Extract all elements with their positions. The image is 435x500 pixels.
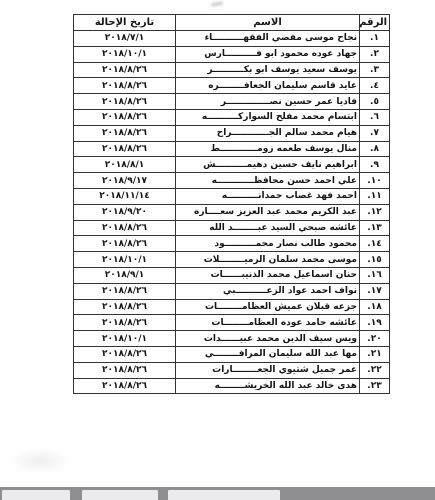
table-row: ١٩. عائشه حامد عوده العظامــــــــات ٢٠١… <box>74 315 390 331</box>
taskbar-button-2[interactable] <box>82 490 158 500</box>
row-date-cell: ٢٠١٨/٨/٢٦ <box>74 125 176 141</box>
row-date-cell: ٢٠١٨/٨/٢٦ <box>74 283 176 299</box>
row-name-cell: ابراهيم نايف حسين دهيمــــــــــش <box>176 157 360 173</box>
row-date-cell: ٢٠١٨/١٠/١ <box>74 46 176 62</box>
table-row: ٨. منال يوسف طعمه زومــــــــــــط ٢٠١٨/… <box>74 141 390 157</box>
row-number-cell: ١٣. <box>360 220 390 236</box>
row-number-cell: ١٢. <box>360 204 390 220</box>
row-number-cell: ٢٠. <box>360 331 390 347</box>
row-date-cell: ٢٠١٨/٨/٢٦ <box>74 94 176 110</box>
row-name-cell: مها عبد الله سليمان المرافــــــــي <box>176 346 360 362</box>
row-date-cell: ٢٠١٨/٨/٢٦ <box>74 78 176 94</box>
table-row: ١. نجاح موسى مفضي الفقهــــــــــاء ٢٠١٨… <box>74 31 390 47</box>
row-number-cell: ٢. <box>360 46 390 62</box>
row-number-cell: ١. <box>360 31 390 47</box>
table-row: ٢١. مها عبد الله سليمان المرافــــــــي … <box>74 346 390 362</box>
row-number-cell: ١١. <box>360 188 390 204</box>
row-date-cell: ٢٠١٨/٨/٢٦ <box>74 378 176 394</box>
row-name-cell: فاديا عمر حسين نصــــــــــــــر <box>176 94 360 110</box>
table-row: ١٥. موسى محمد سلمان الرميــــــــلات ٢٠١… <box>74 252 390 268</box>
row-name-cell: عايد قاسم سليمان الجعافــــــــره <box>176 78 360 94</box>
row-date-cell: ٢٠١٨/٨/٢٦ <box>74 236 176 252</box>
row-date-cell: ٢٠١٨/٩/٢٠ <box>74 204 176 220</box>
row-number-cell: ٣. <box>360 62 390 78</box>
row-date-cell: ٢٠١٨/١١/١٤ <box>74 188 176 204</box>
table-row: ١٨. جزعه قبلان عميش العظامــــــــات ٢٠١… <box>74 299 390 315</box>
row-number-cell: ١٩. <box>360 315 390 331</box>
row-date-cell: ٢٠١٨/٨/٢٦ <box>74 109 176 125</box>
row-date-cell: ٢٠١٨/٨/٢٦ <box>74 315 176 331</box>
row-number-cell: ١٤. <box>360 236 390 252</box>
row-number-cell: ١٦. <box>360 267 390 283</box>
table-row: ١٢. عبد الكريم محمد عبد العزيز سعــــاره… <box>74 204 390 220</box>
row-name-cell: نجاح موسى مفضي الفقهــــــــــاء <box>176 31 360 47</box>
row-number-cell: ١٠. <box>360 173 390 189</box>
row-number-cell: ٤. <box>360 78 390 94</box>
table-row: ١٦. حنان اسماعيل محمد الذنيبــــــات ٢٠١… <box>74 267 390 283</box>
table-row: ١٤. محمود طالب نصار محمــــــــــود ٢٠١٨… <box>74 236 390 252</box>
row-name-cell: عائشه حامد عوده العظامــــــــات <box>176 315 360 331</box>
row-name-cell: علي احمد حسن محافظــــــــــــه <box>176 173 360 189</box>
row-date-cell: ٢٠١٨/٧/١ <box>74 31 176 47</box>
row-name-cell: ابتسام محمد مفلح السواركــــــــــه <box>176 109 360 125</box>
table-row: ١٧. نواف احمد عواد الزعــــــــــبي ٢٠١٨… <box>74 283 390 299</box>
row-name-cell: نواف احمد عواد الزعــــــــــبي <box>176 283 360 299</box>
document-page: الرقم الاسم تاريخ الإحالة ١. نجاح موسى م… <box>0 0 435 500</box>
row-name-cell: يوسف سعيد يوسف ابو بكــــــــــر <box>176 62 360 78</box>
table-row: ٥. فاديا عمر حسين نصــــــــــــــر ٢٠١٨… <box>74 94 390 110</box>
col-header-number: الرقم <box>360 15 390 31</box>
row-name-cell: محمود طالب نصار محمــــــــــود <box>176 236 360 252</box>
taskbar-button-3[interactable] <box>168 490 280 500</box>
table-header-row: الرقم الاسم تاريخ الإحالة <box>74 15 390 31</box>
table-row: ١٠. علي احمد حسن محافظــــــــــــه ٢٠١٨… <box>74 173 390 189</box>
row-name-cell: عائشه صبحي السيد عبــــــــد الله <box>176 220 360 236</box>
table-row: ٦. ابتسام محمد مفلح السواركــــــــــه ٢… <box>74 109 390 125</box>
table-row: ٢٣. هدى خالد عبد الله الخريشــــــــه ٢٠… <box>74 378 390 394</box>
table-row: ٤. عايد قاسم سليمان الجعافــــــــره ٢٠١… <box>74 78 390 94</box>
row-date-cell: ٢٠١٨/٨/٢٦ <box>74 220 176 236</box>
row-name-cell: ويس سيف الدين محمد عبيــــــدات <box>176 331 360 347</box>
row-name-cell: عمر جميل شتيوي الجعــــــــارات <box>176 362 360 378</box>
table-row: ٢. جهاد عوده محمود ابو فــــــــــارس ٢٠… <box>74 46 390 62</box>
table-row: ١٣. عائشه صبحي السيد عبــــــــد الله ٢٠… <box>74 220 390 236</box>
row-name-cell: موسى محمد سلمان الرميــــــــلات <box>176 252 360 268</box>
table-row: ٣. يوسف سعيد يوسف ابو بكــــــــــر ٢٠١٨… <box>74 62 390 78</box>
row-date-cell: ٢٠١٨/٨/٢٦ <box>74 62 176 78</box>
row-date-cell: ٢٠١٨/٩/١ <box>74 267 176 283</box>
row-date-cell: ٢٠١٨/٩/١٧ <box>74 173 176 189</box>
row-date-cell: ٢٠١٨/١٠/١ <box>74 331 176 347</box>
taskbar-button-1[interactable] <box>2 490 70 500</box>
row-number-cell: ٧. <box>360 125 390 141</box>
col-header-date: تاريخ الإحالة <box>74 15 176 31</box>
row-date-cell: ٢٠١٨/٨/١ <box>74 157 176 173</box>
row-number-cell: ٢٣. <box>360 378 390 394</box>
row-date-cell: ٢٠١٨/٨/٢٦ <box>74 346 176 362</box>
row-date-cell: ٢٠١٨/٨/٢٦ <box>74 141 176 157</box>
row-date-cell: ٢٠١٨/٨/٢٦ <box>74 362 176 378</box>
table-row: ٧. هيام محمد سالم الجــــــــــــراح ٢٠١… <box>74 125 390 141</box>
row-number-cell: ٩. <box>360 157 390 173</box>
row-name-cell: هدى خالد عبد الله الخريشــــــــه <box>176 378 360 394</box>
row-number-cell: ٦. <box>360 109 390 125</box>
row-number-cell: ٨. <box>360 141 390 157</box>
taskbar <box>0 487 435 500</box>
row-number-cell: ٥. <box>360 94 390 110</box>
row-number-cell: ٢١. <box>360 346 390 362</box>
table-row: ٢٠. ويس سيف الدين محمد عبيــــــدات ٢٠١٨… <box>74 331 390 347</box>
row-name-cell: جهاد عوده محمود ابو فــــــــــارس <box>176 46 360 62</box>
row-name-cell: عبد الكريم محمد عبد العزيز سعــــاره <box>176 204 360 220</box>
row-name-cell: جزعه قبلان عميش العظامــــــــات <box>176 299 360 315</box>
row-date-cell: ٢٠١٨/١٠/١ <box>74 252 176 268</box>
row-name-cell: منال يوسف طعمه زومــــــــــــط <box>176 141 360 157</box>
row-number-cell: ١٨. <box>360 299 390 315</box>
scan-artifact-top <box>211 1 224 7</box>
row-name-cell: هيام محمد سالم الجــــــــــــراح <box>176 125 360 141</box>
col-header-name: الاسم <box>176 15 360 31</box>
row-name-cell: حنان اسماعيل محمد الذنيبــــــات <box>176 267 360 283</box>
row-name-cell: احمد فهد غصاب حمدانــــــــــه <box>176 188 360 204</box>
scan-smudge <box>10 448 70 474</box>
referral-table: الرقم الاسم تاريخ الإحالة ١. نجاح موسى م… <box>73 14 390 394</box>
row-number-cell: ٢٢. <box>360 362 390 378</box>
table-row: ١١. احمد فهد غصاب حمدانــــــــــه ٢٠١٨/… <box>74 188 390 204</box>
row-date-cell: ٢٠١٨/٨/٢٦ <box>74 299 176 315</box>
table-row: ٩. ابراهيم نايف حسين دهيمــــــــــش ٢٠١… <box>74 157 390 173</box>
row-number-cell: ١٥. <box>360 252 390 268</box>
table-row: ٢٢. عمر جميل شتيوي الجعــــــــارات ٢٠١٨… <box>74 362 390 378</box>
row-number-cell: ١٧. <box>360 283 390 299</box>
